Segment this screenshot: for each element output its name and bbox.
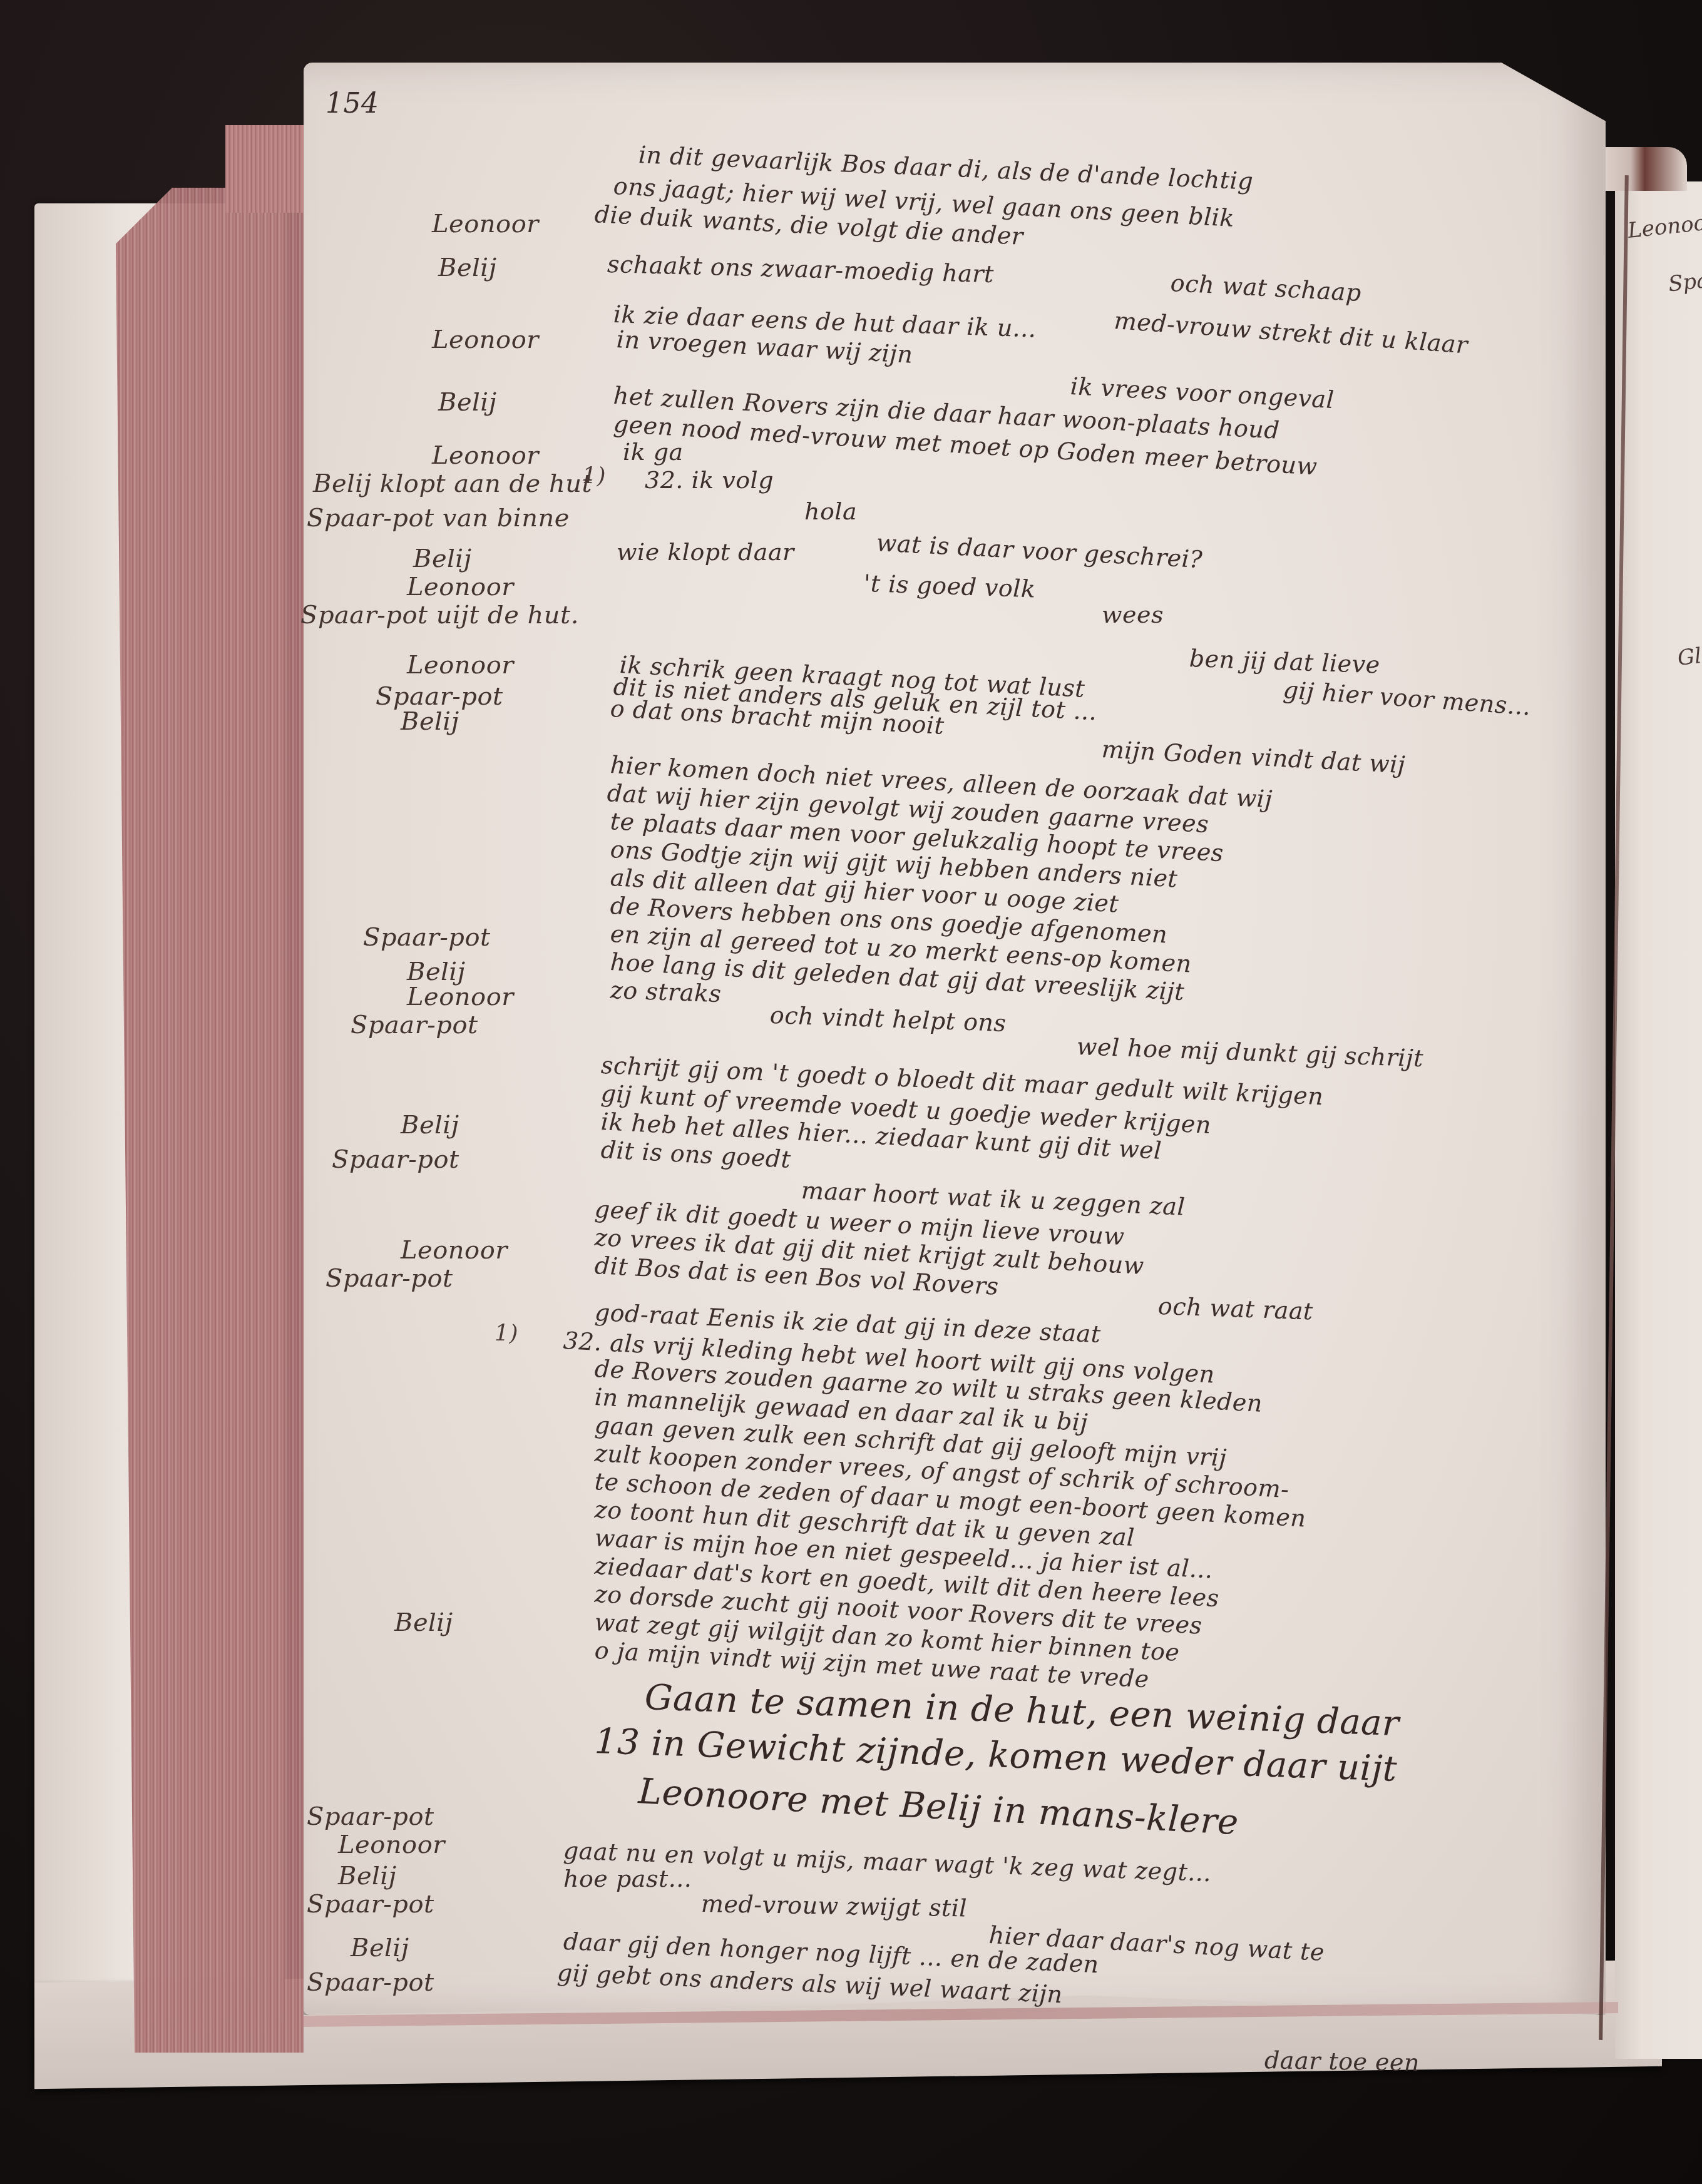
dialogue-line: zo straks — [610, 976, 722, 1008]
dialogue-line: med-vrouw zwijgt stil — [701, 1890, 968, 1922]
speaker-label: Leonoor — [432, 210, 539, 238]
book-headband — [1593, 147, 1687, 191]
speaker-label: Belij — [438, 388, 497, 417]
speaker-label: Leonoor — [432, 441, 539, 470]
margin-note: 1) — [495, 1320, 518, 1346]
speaker-label: Spaar-pot — [307, 1802, 434, 1831]
fore-edge-page-block — [116, 188, 304, 2053]
speaker-label: Leonoor — [401, 1236, 508, 1265]
speaker-label: Spaar-pot uijt de hut. — [300, 601, 579, 630]
speaker-label: Belij — [338, 1862, 397, 1891]
speaker-label: Leonoor — [407, 651, 514, 680]
dialogue-line: och wat raat — [1157, 1292, 1313, 1325]
speaker-label: Belij — [413, 544, 472, 573]
facing-page-fragment: Gl — [1676, 643, 1702, 671]
speaker-label: Belij klopt aan de hut — [313, 469, 592, 498]
speaker-label: Belij — [438, 253, 497, 282]
margin-note: 1) — [582, 463, 606, 489]
speaker-label: Belij — [394, 1608, 453, 1637]
facing-page-fragment: Spaa — [1667, 267, 1702, 297]
speaker-label: Spaar-pot — [307, 1890, 434, 1919]
speaker-label: Leonoor — [407, 982, 514, 1011]
speaker-label: Leonoor — [407, 573, 514, 601]
facing-page — [1615, 181, 1702, 2059]
dialogue-line: daar toe een — [1264, 2046, 1420, 2076]
speaker-label: Spaar-pot — [363, 923, 491, 952]
speaker-label: Spaar-pot — [307, 1968, 434, 1997]
fore-edge-top — [225, 125, 307, 213]
speaker-label: Belij — [351, 1934, 409, 1962]
dialogue-line: wees — [1102, 601, 1164, 628]
folio-number: 154 — [326, 88, 379, 120]
speaker-label: Spaar-pot — [351, 1011, 478, 1039]
dialogue-line: 32. ik volg — [645, 466, 774, 494]
speaker-label: Belij — [401, 707, 459, 736]
dialogue-line: hola — [804, 498, 857, 525]
speaker-label: Spaar-pot van binne — [307, 504, 570, 533]
speaker-label: Spaar-pot — [332, 1145, 459, 1174]
speaker-label: Leonoor — [338, 1830, 445, 1859]
speaker-label: Belij — [401, 1111, 459, 1140]
dialogue-line: wie klopt daar — [617, 538, 794, 566]
speaker-label: Spaar-pot — [326, 1264, 453, 1293]
dialogue-line: hoe past... — [563, 1865, 692, 1892]
speaker-label: Leonoor — [432, 325, 539, 354]
dialogue-line: ik ga — [623, 438, 684, 466]
